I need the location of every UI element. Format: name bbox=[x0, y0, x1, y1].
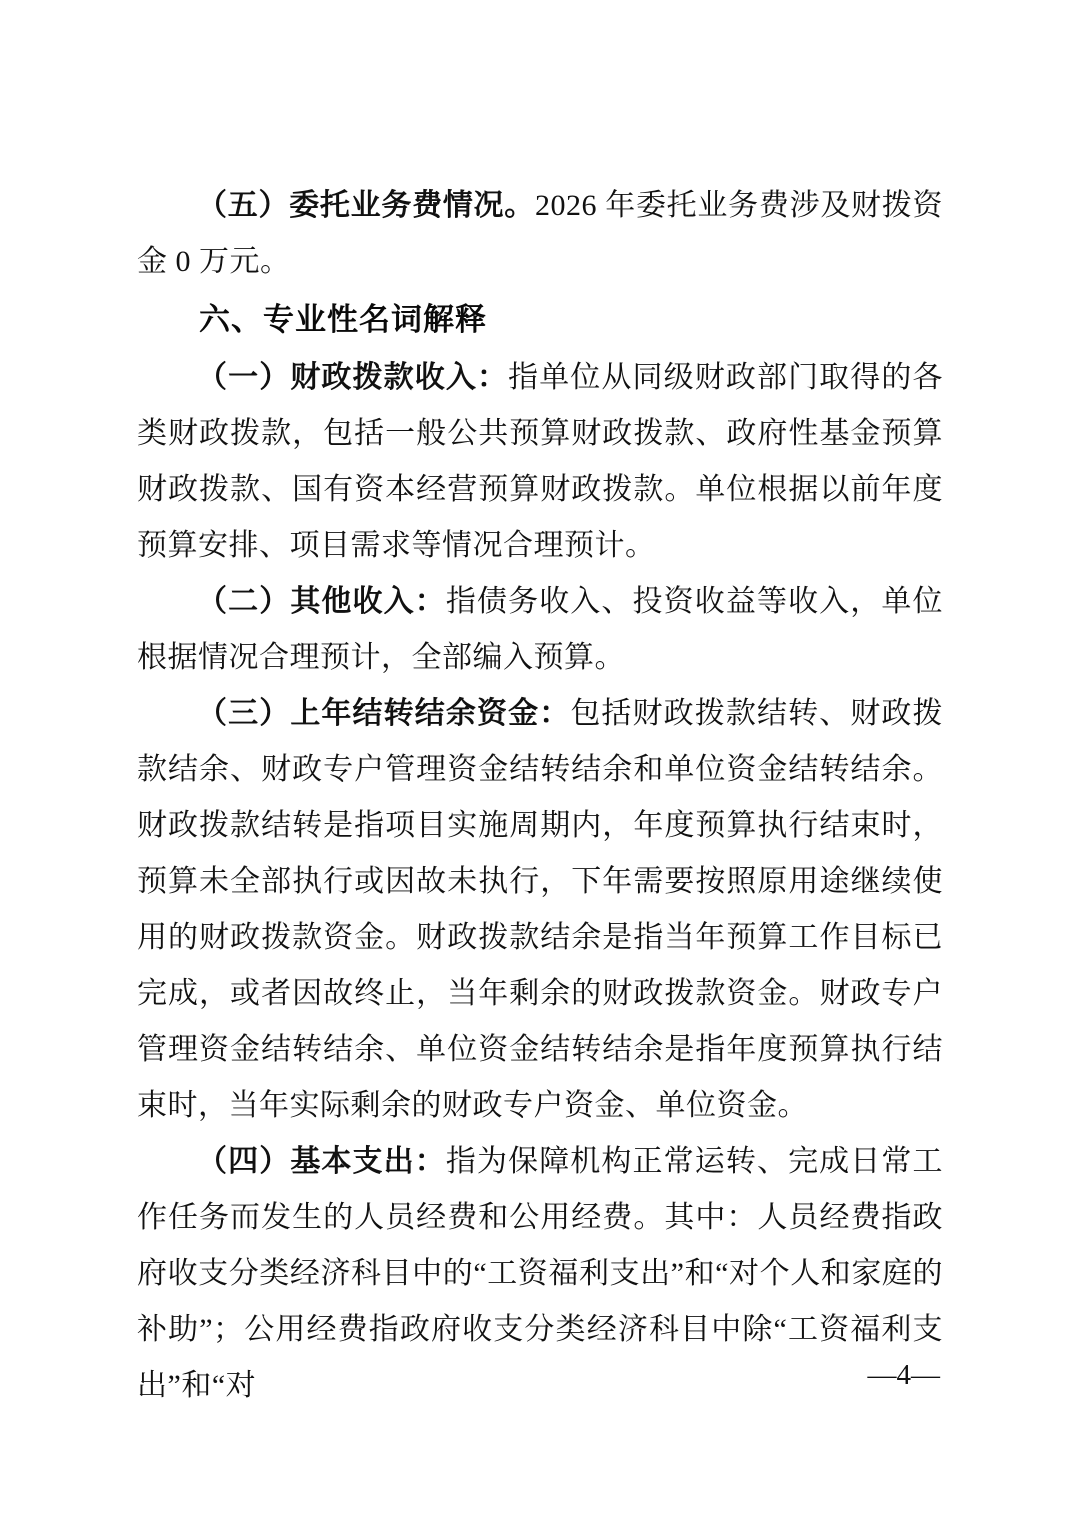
paragraph-lead: （一）财政拨款收入： bbox=[197, 361, 508, 394]
paragraph: （二）其他收入：指债务收入、投资收益等收入，单位根据情况合理预计，全部编入预算。 bbox=[137, 574, 943, 686]
paragraph-lead: （三）上年结转结余资金： bbox=[197, 697, 570, 730]
text-block: （五）委托业务费情况。2026 年委托业务费涉及财拨资金 0 万元。六、专业性名… bbox=[137, 178, 943, 1414]
paragraph: （五）委托业务费情况。2026 年委托业务费涉及财拨资金 0 万元。 bbox=[137, 178, 943, 290]
page-number: —4— bbox=[868, 1355, 941, 1395]
paragraph: （一）财政拨款收入：指单位从同级财政部门取得的各类财政拨款，包括一般公共预算财政… bbox=[137, 350, 943, 574]
paragraph-text: 指为保障机构正常运转、完成日常工作任务而发生的人员经费和公用经费。其中：人员经费… bbox=[137, 1145, 943, 1402]
paragraph: （四）基本支出：指为保障机构正常运转、完成日常工作任务而发生的人员经费和公用经费… bbox=[137, 1134, 943, 1414]
section-heading: 六、专业性名词解释 bbox=[137, 290, 943, 350]
paragraph-lead: 六、专业性名词解释 bbox=[199, 302, 487, 337]
paragraph: （三）上年结转结余资金：包括财政拨款结转、财政拨款结余、财政专户管理资金结转结余… bbox=[137, 686, 943, 1134]
paragraph-lead: （四）基本支出： bbox=[197, 1145, 446, 1178]
paragraph-text: 包括财政拨款结转、财政拨款结余、财政专户管理资金结转结余和单位资金结转结余。财政… bbox=[137, 697, 943, 1122]
paragraph-lead: （二）其他收入： bbox=[197, 585, 446, 618]
paragraph-lead: （五）委托业务费情况。 bbox=[197, 189, 535, 222]
document-page: （五）委托业务费情况。2026 年委托业务费涉及财拨资金 0 万元。六、专业性名… bbox=[0, 0, 1074, 1520]
